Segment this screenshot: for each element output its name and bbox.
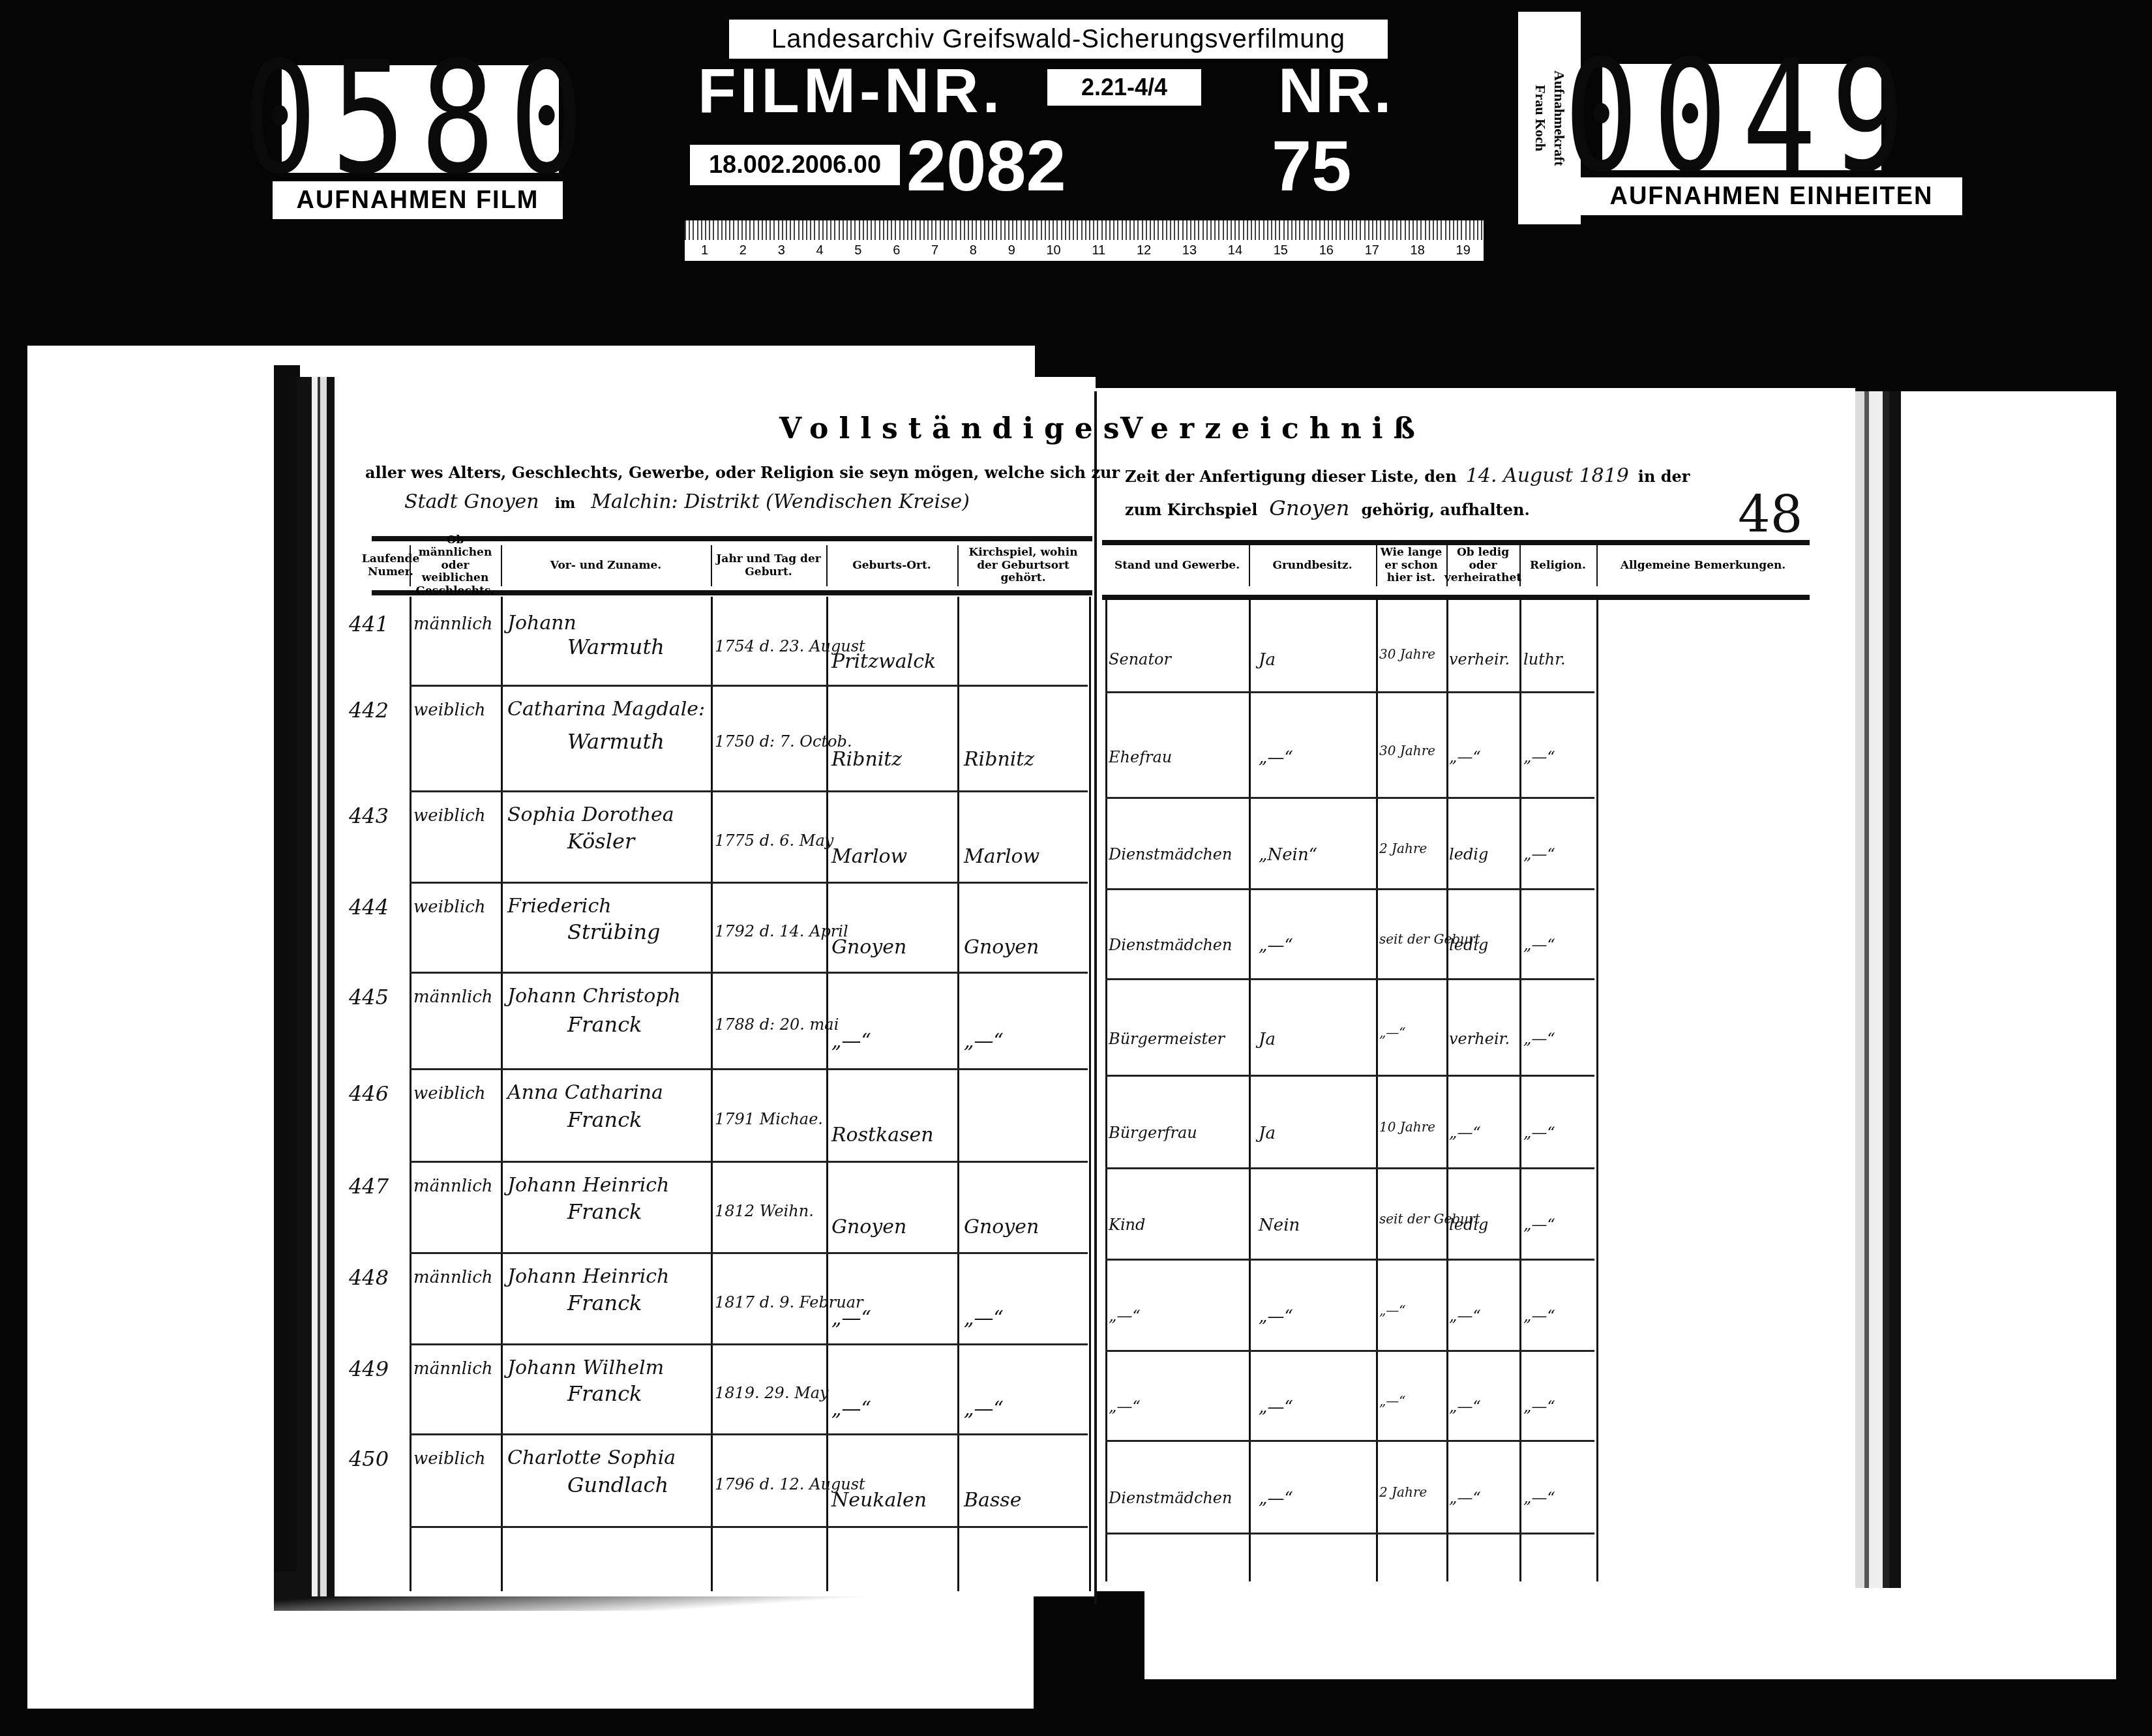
row-first-name: Johann Christoph bbox=[507, 985, 681, 1008]
ruler-mark: 3 bbox=[778, 243, 785, 258]
row-divider bbox=[410, 972, 1088, 974]
column-divider bbox=[957, 597, 959, 1591]
header-divider bbox=[410, 545, 411, 586]
row-religion: „—“ bbox=[1523, 748, 1555, 766]
column-header: Kirchspiel, wohin der Geburtsort gehört. bbox=[957, 541, 1089, 590]
row-first-name: Anna Catharina bbox=[507, 1081, 663, 1104]
row-status: „—“ bbox=[1109, 1398, 1141, 1416]
register-title-right: Verzeichniß bbox=[1120, 412, 1426, 445]
row-birthplace: „—“ bbox=[831, 1307, 871, 1330]
row-sex: weiblich bbox=[413, 806, 486, 826]
ruler-mark: 10 bbox=[1046, 243, 1060, 258]
intro-text-left: aller wes Alters, Geschlechts, Gewerbe, … bbox=[365, 463, 1120, 482]
book-shadow-left bbox=[274, 365, 300, 1598]
row-sex: männlich bbox=[413, 987, 493, 1007]
row-last-name: Franck bbox=[567, 1012, 642, 1037]
row-birth-parish: Gnoyen bbox=[964, 936, 1039, 959]
row-marital-status: ledig bbox=[1449, 845, 1488, 863]
row-birth-date: 1819. 29. May bbox=[715, 1384, 829, 1402]
row-marital-status: ledig bbox=[1449, 936, 1488, 954]
row-birth-date: 1792 d. 14. April bbox=[715, 922, 848, 940]
row-marital-status: verheir. bbox=[1449, 650, 1510, 668]
row-divider bbox=[1105, 1167, 1594, 1169]
scale-ruler: 12345678910111213141516171819 bbox=[685, 220, 1484, 261]
row-last-name: Strübing bbox=[567, 920, 661, 944]
ruler-mark: 1 bbox=[701, 243, 708, 258]
nr-value: 75 bbox=[1272, 130, 1351, 202]
row-property: Ja bbox=[1259, 650, 1276, 670]
row-first-name: Johann Heinrich bbox=[507, 1174, 669, 1197]
row-first-name: Sophia Dorothea bbox=[507, 803, 674, 826]
column-divider bbox=[1249, 600, 1251, 1581]
operator-name: Frau Koch bbox=[1532, 85, 1549, 151]
column-header: Geburts-Ort. bbox=[826, 541, 957, 590]
ruler-mark: 13 bbox=[1182, 243, 1197, 258]
row-status: Bürgerfrau bbox=[1109, 1124, 1197, 1142]
row-divider bbox=[1105, 888, 1594, 890]
ruler-mark: 4 bbox=[816, 243, 823, 258]
row-birthplace: Neukalen bbox=[831, 1489, 927, 1512]
film-counter-display: 0580 bbox=[282, 65, 559, 173]
row-religion: „—“ bbox=[1523, 1030, 1555, 1048]
row-birth-date: 1775 d. 6. May bbox=[715, 831, 833, 850]
row-property: „Nein“ bbox=[1259, 845, 1317, 865]
ruler-mark: 8 bbox=[970, 243, 977, 258]
parish-prefix: zum Kirchspiel bbox=[1125, 500, 1257, 519]
row-number: 450 bbox=[349, 1446, 389, 1471]
ruler-mark: 11 bbox=[1092, 243, 1105, 258]
header-divider bbox=[501, 545, 502, 586]
film-counter-label-text: AUFNAHMEN FILM bbox=[296, 187, 539, 215]
ruler-ticks bbox=[685, 220, 1484, 240]
row-first-name: Johann bbox=[507, 612, 576, 635]
ruler-mark: 15 bbox=[1274, 243, 1288, 258]
unit-counter-label-text: AUFNAHMEN EINHEITEN bbox=[1609, 183, 1933, 211]
header-divider bbox=[711, 545, 712, 586]
column-header: Grundbesitz. bbox=[1249, 541, 1376, 590]
parish-line: zum Kirchspiel Gnoyen gehörig, aufhalten… bbox=[1125, 496, 1530, 520]
row-first-name: Charlotte Sophia bbox=[507, 1446, 676, 1469]
row-property: „—“ bbox=[1259, 1307, 1293, 1326]
film-counter-label: AUFNAHMEN FILM bbox=[273, 181, 563, 219]
row-last-name: Gundlach bbox=[567, 1473, 668, 1497]
row-residence-duration: „—“ bbox=[1379, 1302, 1406, 1318]
column-header: Ob männlichen oder weiblichen Geschlecht… bbox=[410, 541, 501, 590]
row-residence-duration: 30 Jahre bbox=[1379, 743, 1435, 758]
intro-right-suffix: in der bbox=[1638, 467, 1690, 486]
row-divider bbox=[410, 1161, 1088, 1163]
right-page-edge bbox=[1855, 391, 1901, 1588]
row-birthplace: Marlow bbox=[831, 845, 907, 868]
ruler-mark: 16 bbox=[1319, 243, 1334, 258]
ruler-mark: 19 bbox=[1456, 243, 1471, 258]
row-birth-parish: Basse bbox=[964, 1489, 1021, 1512]
row-property: Ja bbox=[1259, 1030, 1276, 1049]
row-marital-status: „—“ bbox=[1449, 1307, 1481, 1325]
column-header: Allgemeine Bemerkungen. bbox=[1596, 541, 1810, 590]
header-divider bbox=[1596, 545, 1598, 586]
row-last-name: Franck bbox=[567, 1291, 642, 1315]
column-header: Stand und Gewerbe. bbox=[1105, 541, 1249, 590]
parish-suffix: gehörig, aufhalten. bbox=[1361, 500, 1529, 519]
unit-counter-label: AUFNAHMEN EINHEITEN bbox=[1581, 177, 1962, 215]
row-birth-parish: „—“ bbox=[964, 1307, 1004, 1330]
row-number: 443 bbox=[349, 803, 389, 828]
column-divider bbox=[1446, 600, 1448, 1581]
row-last-name: Warmuth bbox=[567, 635, 665, 659]
row-property: „—“ bbox=[1259, 748, 1293, 768]
row-status: Senator bbox=[1109, 650, 1171, 668]
row-divider bbox=[410, 1526, 1088, 1528]
row-number: 448 bbox=[349, 1265, 389, 1290]
ruler-mark: 17 bbox=[1365, 243, 1379, 258]
row-status: Dienstmädchen bbox=[1109, 845, 1233, 863]
row-last-name: Franck bbox=[567, 1381, 642, 1406]
row-marital-status: ledig bbox=[1449, 1216, 1488, 1234]
row-number: 444 bbox=[349, 895, 389, 920]
column-divider bbox=[501, 597, 503, 1591]
signature-code-box: 18.002.2006.00 bbox=[690, 145, 900, 185]
row-status: Dienstmädchen bbox=[1109, 936, 1233, 954]
film-nr-code: 2.21-4/4 bbox=[1081, 74, 1167, 101]
row-number: 449 bbox=[349, 1356, 389, 1381]
row-number: 441 bbox=[349, 612, 389, 636]
row-religion: „—“ bbox=[1523, 1124, 1555, 1142]
ruler-mark: 7 bbox=[931, 243, 938, 258]
ruler-mark: 14 bbox=[1228, 243, 1242, 258]
row-sex: männlich bbox=[413, 614, 493, 634]
row-residence-duration: 10 Jahre bbox=[1379, 1119, 1435, 1135]
ruler-mark: 6 bbox=[893, 243, 900, 258]
row-birth-parish: Ribnitz bbox=[964, 748, 1034, 771]
film-nr-code-box: 2.21-4/4 bbox=[1047, 69, 1201, 106]
row-status: Ehefrau bbox=[1109, 748, 1172, 766]
row-religion: „—“ bbox=[1523, 1307, 1555, 1325]
row-divider bbox=[410, 1343, 1088, 1345]
register-title-left: Vollständiges bbox=[779, 412, 1129, 445]
column-divider bbox=[1105, 600, 1107, 1581]
row-number: 442 bbox=[349, 698, 389, 723]
header-divider bbox=[1446, 545, 1448, 586]
row-birth-parish: „—“ bbox=[964, 1030, 1004, 1053]
spine-gap bbox=[1034, 1591, 1144, 1736]
row-status: Bürgermeister bbox=[1109, 1030, 1225, 1048]
ruler-mark: 18 bbox=[1411, 243, 1425, 258]
row-birthplace: Pritzwalck bbox=[831, 650, 936, 673]
row-number: 445 bbox=[349, 985, 389, 1010]
row-divider bbox=[410, 685, 1088, 687]
row-birthplace: Rostkasen bbox=[831, 1124, 934, 1146]
row-property: Nein bbox=[1259, 1216, 1300, 1235]
page-number: 48 bbox=[1738, 486, 1802, 545]
row-divider bbox=[410, 790, 1088, 792]
gutter-line bbox=[1094, 391, 1097, 1604]
row-sex: männlich bbox=[413, 1268, 493, 1287]
row-sex: männlich bbox=[413, 1176, 493, 1196]
row-marital-status: „—“ bbox=[1449, 1398, 1481, 1416]
row-status: „—“ bbox=[1109, 1307, 1141, 1325]
signature-code: 18.002.2006.00 bbox=[709, 151, 881, 179]
row-religion: „—“ bbox=[1523, 936, 1555, 954]
row-sex: weiblich bbox=[413, 1084, 486, 1103]
unit-counter-value: 0049 bbox=[1564, 40, 1920, 195]
row-property: Ja bbox=[1259, 1124, 1276, 1143]
ruler-mark: 2 bbox=[740, 243, 747, 258]
row-birth-parish: Gnoyen bbox=[964, 1216, 1039, 1238]
row-property: „—“ bbox=[1259, 936, 1293, 955]
film-nr-label: FILM-NR. bbox=[698, 60, 1004, 123]
row-sex: weiblich bbox=[413, 1449, 486, 1469]
row-property: „—“ bbox=[1259, 1398, 1293, 1417]
place-town: Stadt Gnoyen bbox=[404, 490, 539, 513]
row-divider bbox=[1105, 1350, 1594, 1352]
row-marital-status: „—“ bbox=[1449, 748, 1481, 766]
row-number: 446 bbox=[349, 1081, 389, 1106]
row-residence-duration: „—“ bbox=[1379, 1025, 1406, 1040]
place-line-left: Stadt Gnoyen im Malchin: Distrikt (Wendi… bbox=[404, 490, 970, 513]
header-divider bbox=[1249, 545, 1250, 586]
row-birth-date: 1788 d: 20. mai bbox=[715, 1015, 839, 1034]
place-mid: im bbox=[555, 495, 576, 512]
archive-title: Landesarchiv Greifswald-Sicherungsverfil… bbox=[771, 25, 1345, 54]
parish-name: Gnoyen bbox=[1269, 496, 1349, 520]
row-divider bbox=[1105, 797, 1594, 799]
row-religion: luthr. bbox=[1523, 650, 1566, 668]
row-birth-parish: Marlow bbox=[964, 845, 1039, 868]
row-birthplace: Ribnitz bbox=[831, 748, 902, 771]
row-divider bbox=[410, 1068, 1088, 1070]
row-birthplace: Gnoyen bbox=[831, 936, 906, 959]
row-last-name: Warmuth bbox=[567, 729, 665, 754]
row-religion: „—“ bbox=[1523, 1489, 1555, 1507]
intro-line-right: Zeit der Anfertigung dieser Liste, den 1… bbox=[1125, 464, 1690, 487]
row-religion: „—“ bbox=[1523, 1216, 1555, 1234]
header-divider bbox=[1376, 545, 1377, 586]
row-marital-status: verheir. bbox=[1449, 1030, 1510, 1048]
header-divider bbox=[957, 545, 959, 586]
row-marital-status: „—“ bbox=[1449, 1124, 1481, 1142]
row-sex: weiblich bbox=[413, 700, 486, 720]
row-first-name: Friederich bbox=[507, 895, 612, 918]
row-marital-status: „—“ bbox=[1449, 1489, 1481, 1507]
header-divider bbox=[1519, 545, 1521, 586]
row-divider bbox=[1105, 691, 1594, 693]
row-birthplace: Gnoyen bbox=[831, 1216, 906, 1238]
row-first-name: Johann Heinrich bbox=[507, 1265, 669, 1288]
row-divider bbox=[1105, 1533, 1594, 1534]
row-residence-duration: 30 Jahre bbox=[1379, 646, 1435, 662]
row-divider bbox=[1105, 1440, 1594, 1442]
row-status: Kind bbox=[1109, 1216, 1145, 1234]
ruler-numbers: 12345678910111213141516171819 bbox=[701, 243, 1471, 258]
row-birthplace: „—“ bbox=[831, 1398, 871, 1420]
list-date: 14. August 1819 bbox=[1466, 464, 1629, 487]
row-status: Dienstmädchen bbox=[1109, 1489, 1233, 1507]
row-divider bbox=[410, 1252, 1088, 1254]
film-counter-value: 0580 bbox=[243, 42, 599, 197]
row-divider bbox=[410, 882, 1088, 884]
row-residence-duration: „—“ bbox=[1379, 1393, 1406, 1409]
row-sex: weiblich bbox=[413, 897, 486, 917]
row-divider bbox=[410, 1433, 1088, 1435]
column-header: Religion. bbox=[1519, 541, 1596, 590]
ruler-mark: 9 bbox=[1008, 243, 1015, 258]
column-header: Laufende Numer. bbox=[372, 541, 410, 590]
column-header: Wie lange er schon hier ist. bbox=[1376, 541, 1446, 590]
row-birthplace: „—“ bbox=[831, 1030, 871, 1053]
row-birth-date: 1812 Weihn. bbox=[715, 1202, 814, 1220]
row-sex: männlich bbox=[413, 1359, 493, 1379]
row-last-name: Franck bbox=[567, 1199, 642, 1224]
unit-counter-display: 0049 bbox=[1602, 64, 1881, 170]
row-religion: „—“ bbox=[1523, 845, 1555, 863]
column-divider bbox=[1519, 600, 1521, 1581]
row-residence-duration: 2 Jahre bbox=[1379, 1484, 1427, 1500]
row-first-name: Catharina Magdale: bbox=[507, 698, 705, 721]
row-divider bbox=[1105, 978, 1594, 980]
header-divider bbox=[826, 545, 828, 586]
row-number: 447 bbox=[349, 1174, 389, 1199]
row-divider bbox=[1105, 1259, 1594, 1261]
nr-label: NR. bbox=[1278, 60, 1394, 123]
row-religion: „—“ bbox=[1523, 1398, 1555, 1416]
column-divider bbox=[1089, 597, 1091, 1591]
row-last-name: Franck bbox=[567, 1107, 642, 1132]
ruler-mark: 5 bbox=[854, 243, 861, 258]
column-header: Jahr und Tag der Geburt. bbox=[711, 541, 826, 590]
row-first-name: Johann Wilhelm bbox=[507, 1356, 664, 1379]
row-birth-parish: „—“ bbox=[964, 1398, 1004, 1420]
row-birth-date: 1791 Michae. bbox=[715, 1110, 823, 1128]
column-divider bbox=[410, 597, 411, 1591]
row-last-name: Kösler bbox=[567, 829, 635, 854]
archive-title-bar: Landesarchiv Greifswald-Sicherungsverfil… bbox=[729, 20, 1388, 59]
column-divider bbox=[1376, 600, 1378, 1581]
row-property: „—“ bbox=[1259, 1489, 1293, 1508]
film-nr-value: 2082 bbox=[906, 130, 1066, 202]
ruler-mark: 12 bbox=[1137, 243, 1151, 258]
column-divider bbox=[1596, 600, 1598, 1581]
column-header: Vor- und Zuname. bbox=[501, 541, 711, 590]
intro-right-prefix: Zeit der Anfertigung dieser Liste, den bbox=[1125, 467, 1457, 486]
header-rule-bottom-right bbox=[1102, 595, 1810, 600]
column-divider bbox=[711, 597, 713, 1591]
column-header: Ob ledig oder verheirathet bbox=[1446, 541, 1519, 590]
row-divider bbox=[1105, 1075, 1594, 1077]
row-residence-duration: 2 Jahre bbox=[1379, 841, 1427, 856]
left-page-edge bbox=[297, 377, 335, 1596]
place-district: Malchin: Distrikt (Wendischen Kreise) bbox=[591, 490, 970, 513]
